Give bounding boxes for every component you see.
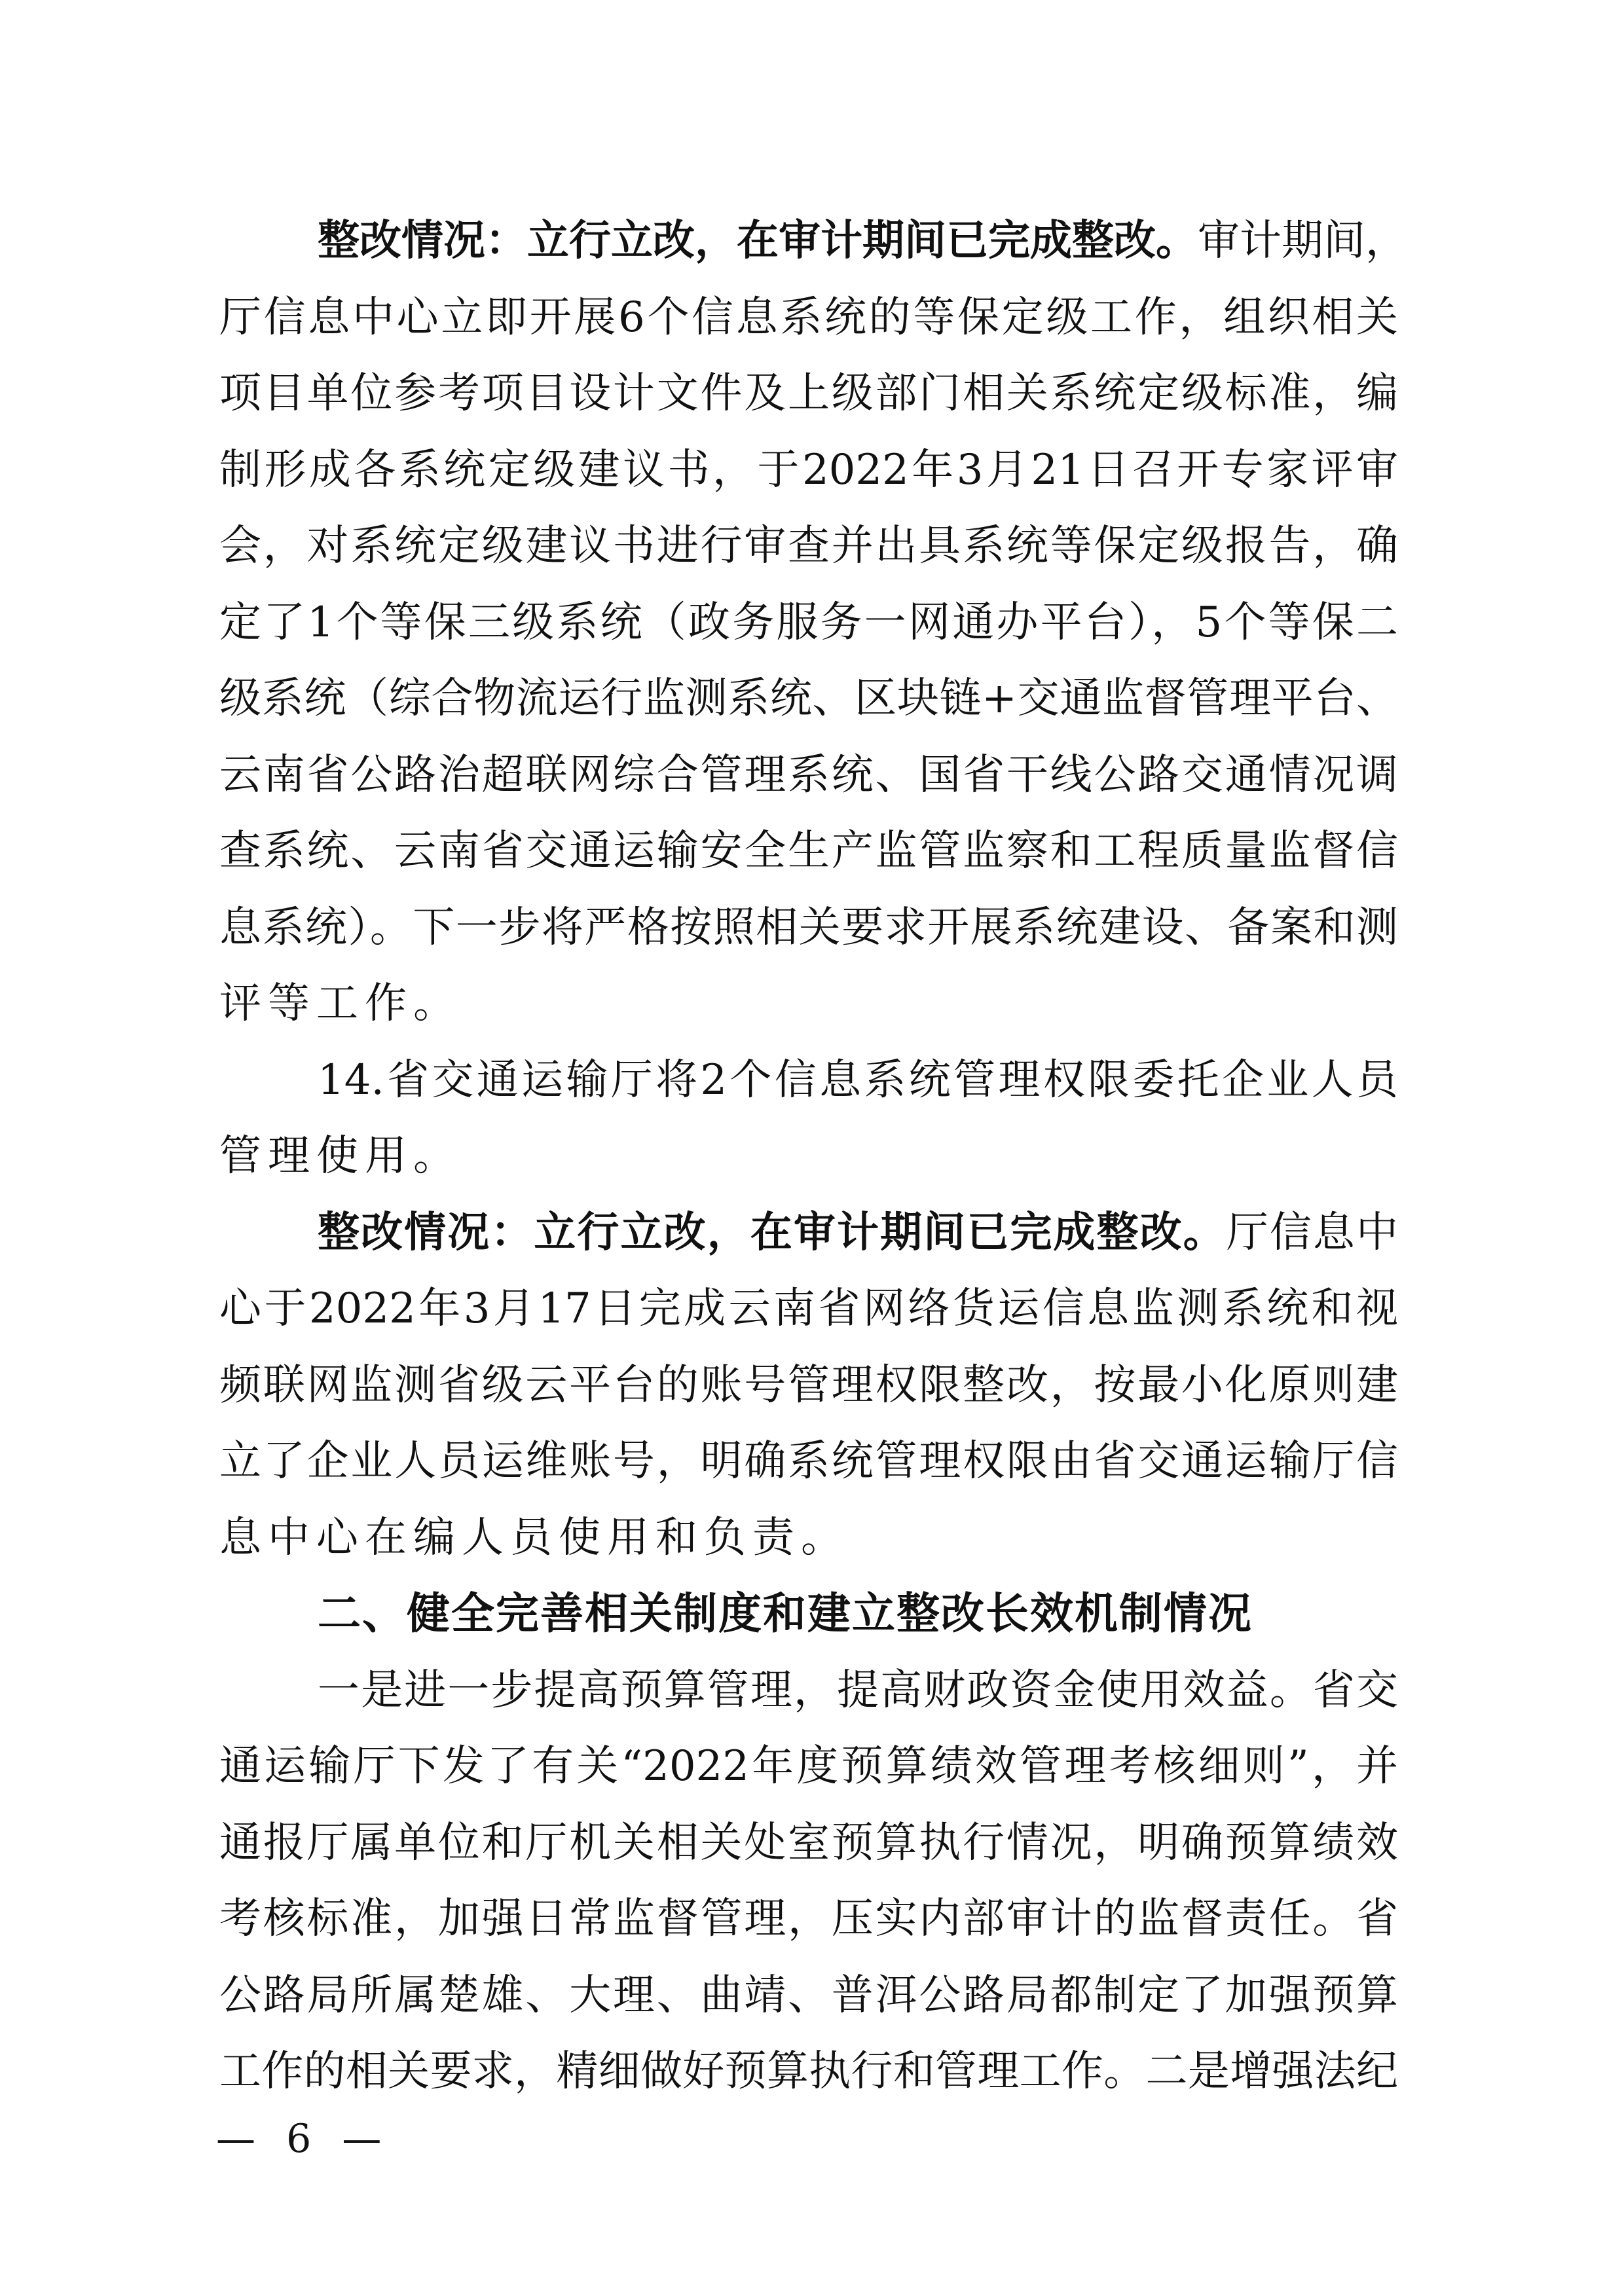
paragraph-line: 公路局所属楚雄、大理、曲靖、普洱公路局都制定了加强预算 [219, 1958, 1398, 2034]
line-text: 审计期间， [1198, 217, 1407, 265]
rectification-status-label: 整改情况：立行立改，在审计期间已完成整改。 [318, 1208, 1227, 1257]
paragraph-line: 考核标准，加强日常监督管理，压实内部审计的监督责任。省 [219, 1881, 1398, 1958]
paragraph-line: 制形成各系统定级建议书，于2022年3月21日召开专家评审 [219, 432, 1398, 509]
paragraph-line: 评等工作。 [219, 966, 1398, 1042]
paragraph-line: 立了企业人员运维账号，明确系统管理权限由省交通运输厅信 [219, 1423, 1398, 1500]
paragraph-line: 级系统（综合物流运行监测系统、区块链+交通监督管理平台、 [219, 661, 1398, 737]
document-page: 整改情况：立行立改，在审计期间已完成整改。审计期间， 厅信息中心立即开展6个信息… [0, 0, 1624, 2296]
paragraph-line: 息系统）。下一步将严格按照相关要求开展系统建设、备案和测 [219, 890, 1398, 966]
paragraph-line: 息中心在编人员使用和负责。 [219, 1500, 1398, 1576]
rectification-status-label: 整改情况：立行立改，在审计期间已完成整改。 [318, 216, 1198, 265]
paragraph-line: 会，对系统定级建议书进行审查并出具系统等保定级报告，确 [219, 508, 1398, 585]
paragraph-line: 厅信息中心立即开展6个信息系统的等保定级工作，组织相关 [219, 280, 1398, 356]
paragraph-line: 整改情况：立行立改，在审计期间已完成整改。审计期间， [219, 203, 1398, 280]
section-heading: 二、健全完善相关制度和建立整改长效机制情况 [219, 1576, 1398, 1652]
paragraph-line: 工作的相关要求，精细做好预算执行和管理工作。二是增强法纪 [219, 2033, 1398, 2110]
paragraph-line: 管理使用。 [219, 1118, 1398, 1195]
line-text: 厅信息中 [1227, 1209, 1398, 1257]
paragraph-line: 频联网监测省级云平台的账号管理权限整改，按最小化原则建 [219, 1347, 1398, 1424]
paragraph-line: 整改情况：立行立改，在审计期间已完成整改。厅信息中 [219, 1195, 1398, 1271]
paragraph-line: 通报厅属单位和厅机关相关处室预算执行情况，明确预算绩效 [219, 1805, 1398, 1882]
paragraph-line: 查系统、云南省交通运输安全生产监管监察和工程质量监督信 [219, 813, 1398, 890]
page-number: — 6 — [216, 2116, 390, 2162]
paragraph-line: 心于2022年3月17日完成云南省网络货运信息监测系统和视 [219, 1271, 1398, 1347]
paragraph-line: 定了1个等保三级系统（政务服务一网通办平台），5个等保二 [219, 585, 1398, 661]
paragraph-line: 一是进一步提高预算管理，提高财政资金使用效益。省交 [219, 1652, 1398, 1729]
document-body: 整改情况：立行立改，在审计期间已完成整改。审计期间， 厅信息中心立即开展6个信息… [219, 203, 1398, 2110]
paragraph-line: 云南省公路治超联网综合管理系统、国省干线公路交通情况调 [219, 737, 1398, 814]
paragraph-line: 通运输厅下发了有关“2022年度预算绩效管理考核细则”，并 [219, 1728, 1398, 1805]
paragraph-line: 项目单位参考项目设计文件及上级部门相关系统定级标准，编 [219, 355, 1398, 432]
issue-item-14: 14.省交通运输厅将2个信息系统管理权限委托企业人员 [219, 1042, 1398, 1119]
